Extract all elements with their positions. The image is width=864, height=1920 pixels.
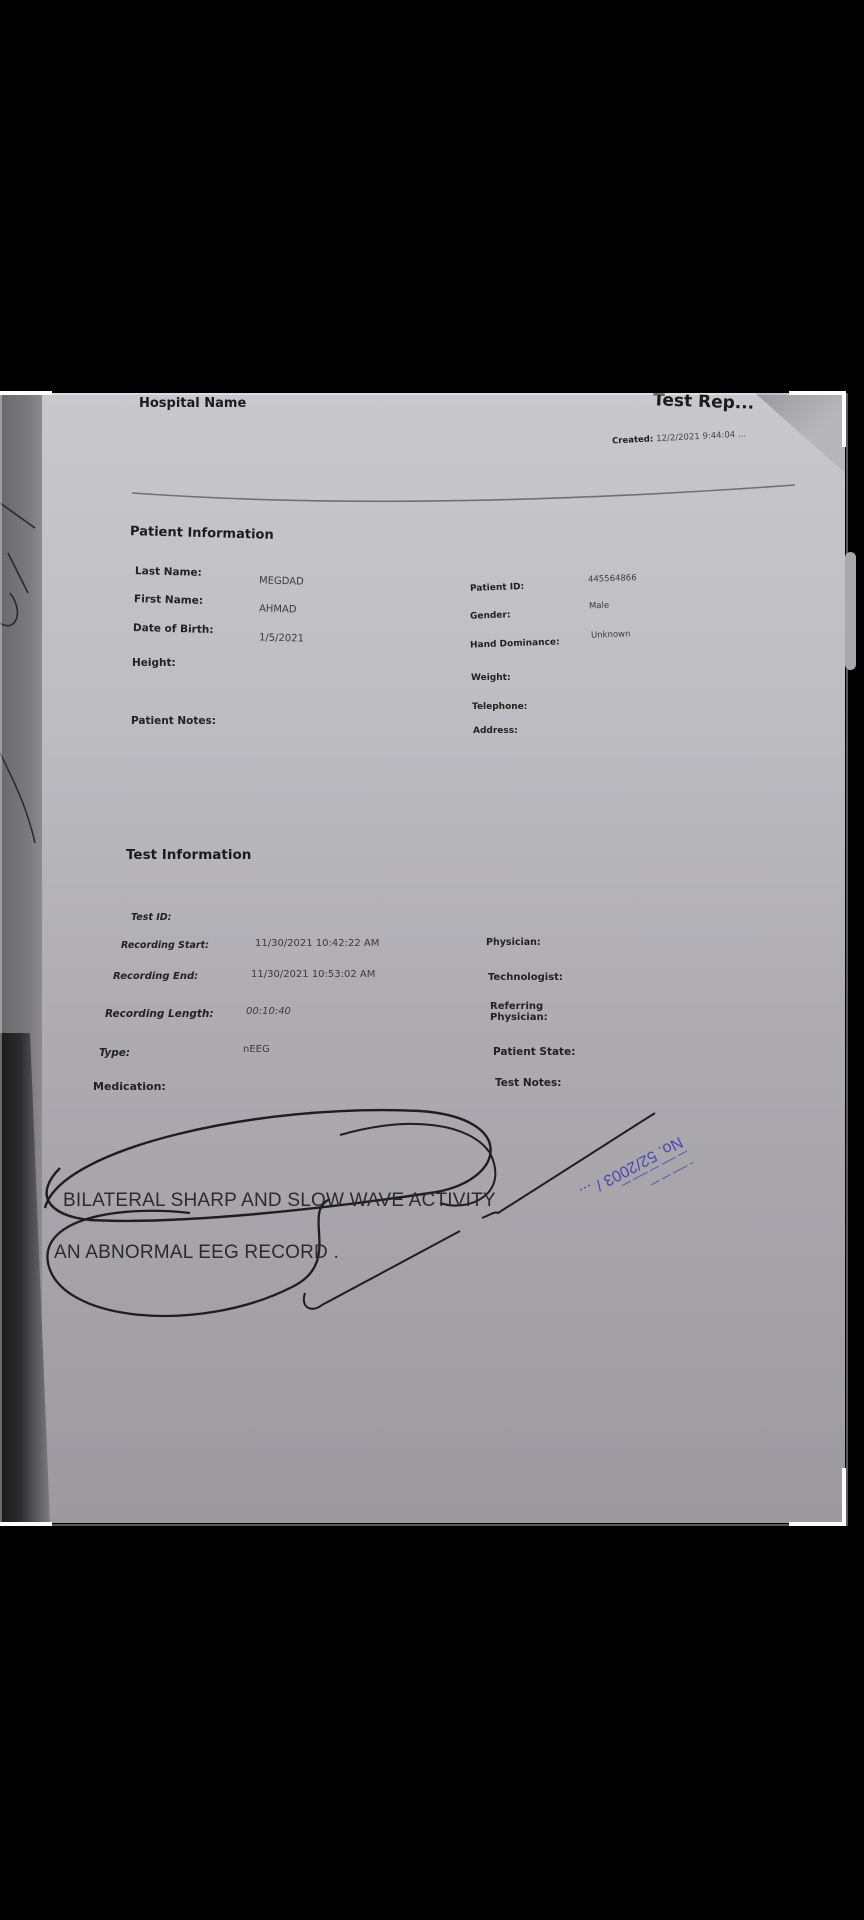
gender-value: Male [589,601,609,612]
finding-line-1: BILATERAL SHARP AND SLOW WAVE ACTIVITY [63,1190,496,1212]
recording-length-value: 00:10:40 [246,1006,291,1017]
crop-handle-top-right-h[interactable] [789,391,846,395]
dob-value: 1/5/2021 [259,632,304,644]
patient-notes-label: Patient Notes: [131,715,216,727]
last-name-value: MEGDAD [259,575,304,587]
crop-handle-bottom-right-h[interactable] [789,1522,846,1526]
test-info-heading: Test Information [126,847,251,863]
physician-label: Physician: [486,937,541,948]
first-name-value: AHMAD [259,604,297,616]
type-value: nEEG [243,1044,270,1055]
crop-handle-top-left[interactable] [0,391,52,395]
patient-id-label: Patient ID: [470,582,525,594]
folded-corner [755,393,845,473]
first-name-label: First Name: [134,593,203,607]
recording-end-label: Recording End: [113,971,198,982]
medication-label: Medication: [93,1080,166,1093]
address-label: Address: [473,726,518,736]
weight-label: Weight: [471,673,511,683]
recording-length-label: Recording Length: [105,1008,214,1020]
referring-physician-label: Referring Physician: [490,1001,570,1023]
recording-start-label: Recording Start: [121,940,209,951]
crop-handle-bottom-left[interactable] [0,1522,52,1526]
telephone-label: Telephone: [472,702,527,712]
vertical-scrollbar[interactable] [845,552,856,670]
document-photo [0,393,845,1523]
report-title: Test Rep... [653,390,755,414]
crop-handle-bottom-right-v[interactable] [842,1468,846,1526]
type-label: Type: [99,1047,130,1059]
hand-dominance-value: Unknown [591,629,631,640]
patient-id-value: 445564866 [588,573,637,585]
recording-end-value: 11/30/2021 10:53:02 AM [251,969,375,980]
test-notes-label: Test Notes: [495,1077,561,1089]
crop-handle-top-right-v[interactable] [842,391,846,447]
gender-label: Gender: [470,610,511,621]
hospital-name: Hospital Name [139,396,246,411]
dob-label: Date of Birth: [133,622,214,636]
finding-line-2: AN ABNORMAL EEG RECORD . [54,1242,339,1264]
technologist-label: Technologist: [488,972,563,983]
recording-start-value: 11/30/2021 10:42:22 AM [255,938,379,949]
height-label: Height: [132,657,176,669]
test-id-label: Test ID: [131,912,171,923]
background-shadow [0,1033,50,1523]
patient-state-label: Patient State: [493,1046,575,1058]
last-name-label: Last Name: [135,565,202,579]
